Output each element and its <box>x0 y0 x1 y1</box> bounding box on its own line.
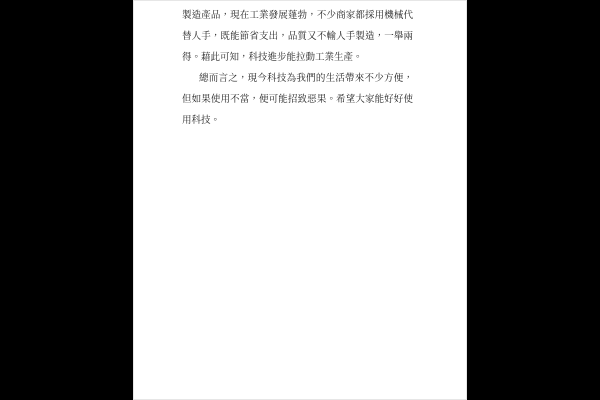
paragraph-conclusion: 總而言之，現今科技為我們的生活帶來不少方便，但如果使用不當，便可能招致惡果。希望… <box>182 68 413 131</box>
document-page: 製造產品，現在工業發展蓬勃，不少商家都採用機械代替人手，既能節省支出，品質又不輸… <box>133 0 467 400</box>
document-text-block: 製造產品，現在工業發展蓬勃，不少商家都採用機械代替人手，既能節省支出，品質又不輸… <box>133 0 467 131</box>
viewer-background: { "viewer": { "background_color": "#0000… <box>0 0 600 400</box>
paragraph-continuation: 製造產品，現在工業發展蓬勃，不少商家都採用機械代替人手，既能節省支出，品質又不輸… <box>182 5 413 68</box>
